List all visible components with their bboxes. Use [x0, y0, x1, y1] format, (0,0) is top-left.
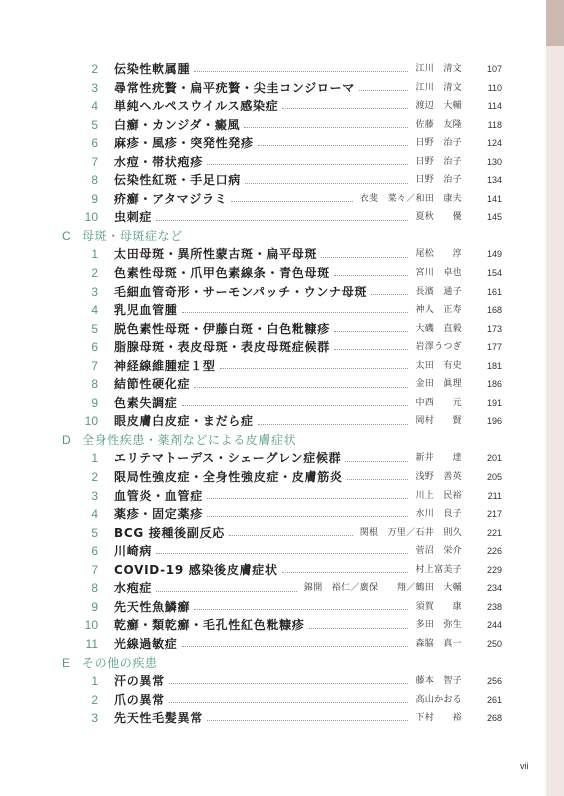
entry-title[interactable]: 乾癬・類乾癬・毛孔性紅色粃糠疹	[114, 616, 305, 635]
dot-leader	[321, 256, 408, 258]
entry-title-wrap: 神経線維腫症１型	[114, 357, 411, 376]
dot-leader	[194, 70, 408, 72]
dot-leader	[334, 274, 409, 276]
entry-title-wrap: BCG 接種後副反応	[114, 524, 356, 543]
entry-title-wrap: 色素失調症	[114, 394, 411, 413]
entry-title-wrap: 爪の異常	[114, 691, 411, 710]
dot-leader	[182, 311, 409, 313]
toc-entry[interactable]: 10虫刺症夏秋 優145	[0, 208, 546, 227]
entry-number: 10	[78, 616, 98, 635]
entry-author: 日野 治子	[413, 171, 462, 190]
toc-entry[interactable]: 5脱色素性母斑・伊藤白斑・白色粃糠疹大磯 直毅173	[0, 320, 546, 339]
page-number: vii	[520, 761, 529, 771]
entry-number: 4	[78, 301, 98, 320]
dot-leader	[169, 682, 409, 684]
entry-author: 関根 万里／石井 則久	[358, 524, 462, 543]
dot-leader	[156, 219, 408, 221]
section-letter: D	[62, 431, 71, 450]
entry-number: 7	[78, 561, 98, 580]
toc-entry[interactable]: 10乾癬・類乾癬・毛孔性紅色粃糠疹多田 弥生244	[0, 616, 546, 635]
entry-title[interactable]: 神経線維腫症１型	[114, 357, 216, 376]
entry-number: 1	[78, 245, 98, 264]
dot-leader	[345, 460, 408, 462]
toc-entry[interactable]: 6麻疹・風疹・突発性発疹日野 治子124	[0, 134, 546, 153]
toc-entry[interactable]: 9色素失調症中西 元191	[0, 394, 546, 413]
entry-page-number[interactable]: 234	[478, 579, 502, 598]
dot-leader	[282, 107, 408, 109]
entry-number: 8	[78, 375, 98, 394]
entry-page-number[interactable]: 161	[478, 283, 502, 302]
entry-author: 日野 治子	[413, 153, 462, 172]
dot-leader	[194, 386, 408, 388]
entry-title-wrap: 汗の異常	[114, 672, 411, 691]
entry-number: 3	[78, 487, 98, 506]
entry-title[interactable]: 脂腺母斑・表皮母斑・表皮母斑症候群	[114, 338, 330, 357]
toc-entry[interactable]: 4薬疹・固定薬疹水川 良子217	[0, 505, 546, 524]
entry-title-wrap: 乳児血管腫	[114, 301, 411, 320]
entry-author: 浅野 善英	[413, 468, 462, 487]
entry-page-number[interactable]: 256	[478, 672, 502, 691]
toc-entry[interactable]: 8水疱症錦開 裕仁／廣保 翔／鶴田 大輔234	[0, 579, 546, 598]
entry-page-number[interactable]: 168	[478, 301, 502, 320]
entry-title[interactable]: 水疱症	[114, 579, 152, 598]
dot-leader	[182, 645, 409, 647]
section-heading: D全身性疾患・薬剤などによる皮膚症状	[0, 431, 546, 450]
entry-title[interactable]: 血管炎・血管症	[114, 487, 203, 506]
entry-number: 11	[78, 635, 98, 654]
entry-number: 2	[78, 264, 98, 283]
entry-title[interactable]: 結節性硬化症	[114, 375, 190, 394]
entry-title[interactable]: 麻疹・風疹・突発性発疹	[114, 134, 254, 153]
dot-leader	[282, 571, 409, 573]
entry-title-wrap: 毛細血管奇形・サーモンパッチ・ウンナ母斑	[114, 283, 411, 302]
entry-page-number[interactable]: 268	[478, 709, 502, 728]
entry-author: 高山かおる	[413, 691, 462, 710]
entry-number: 9	[78, 190, 98, 209]
entry-title-wrap: エリテマトーデス・シェーグレン症候群	[114, 449, 411, 468]
entry-author: 村上富美子	[413, 561, 462, 580]
entry-page-number[interactable]: 186	[478, 375, 502, 394]
table-of-contents: 2伝染性軟属腫江川 清文1073尋常性疣贅・扁平疣贅・尖圭コンジローマ江川 清文…	[0, 60, 546, 728]
entry-title-wrap: COVID-19 感染後皮膚症状	[114, 561, 411, 580]
entry-number: 2	[78, 468, 98, 487]
entry-title[interactable]: 川崎病	[114, 542, 152, 561]
entry-title[interactable]: 爪の異常	[114, 691, 165, 710]
entry-title-wrap: 尋常性疣贅・扁平疣贅・尖圭コンジローマ	[114, 79, 411, 98]
chapter-index-tab	[546, 0, 564, 46]
entry-title[interactable]: 先天性毛髪異常	[114, 709, 203, 728]
entry-author: 新井 達	[413, 449, 462, 468]
entry-page-number[interactable]: 177	[478, 338, 502, 357]
entry-title-wrap: 結節性硬化症	[114, 375, 411, 394]
entry-title[interactable]: 伝染性紅斑・手足口病	[114, 171, 241, 190]
entry-author: 川上 民裕	[413, 487, 462, 506]
entry-number: 6	[78, 134, 98, 153]
entry-title[interactable]: 限局性強皮症・全身性強皮症・皮膚筋炎	[114, 468, 343, 487]
entry-number: 6	[78, 338, 98, 357]
toc-entry[interactable]: 3血管炎・血管症川上 民裕211	[0, 487, 546, 506]
entry-number: 3	[78, 283, 98, 302]
entry-title-wrap: 脂腺母斑・表皮母斑・表皮母斑症候群	[114, 338, 411, 357]
entry-page-number[interactable]: 221	[478, 524, 502, 543]
entry-page-number[interactable]: 107	[478, 60, 502, 79]
dot-leader	[309, 627, 409, 629]
entry-author: 水川 良子	[413, 505, 462, 524]
entry-author: 岡村 賢	[413, 412, 462, 431]
section-heading: Eその他の疾患	[0, 654, 546, 673]
entry-number: 1	[78, 449, 98, 468]
entry-title-wrap: 虫刺症	[114, 208, 411, 227]
toc-entry[interactable]: 3先天性毛髪異常下村 裕268	[0, 709, 546, 728]
entry-title[interactable]: 脱色素性母斑・伊藤白斑・白色粃糠疹	[114, 320, 330, 339]
entry-page-number[interactable]: 145	[478, 208, 502, 227]
entry-author: 藤本 智子	[413, 672, 462, 691]
entry-title-wrap: 太田母斑・異所性蒙古斑・扁平母斑	[114, 245, 411, 264]
entry-title[interactable]: BCG 接種後副反応	[114, 524, 225, 543]
dot-leader	[207, 515, 409, 517]
entry-title-wrap: 伝染性軟属腫	[114, 60, 411, 79]
entry-author: 菅沼 栄介	[413, 542, 462, 561]
entry-title[interactable]: 先天性魚鱗癬	[114, 598, 190, 617]
dot-leader	[245, 182, 408, 184]
entry-title[interactable]: 水痘・帯状疱疹	[114, 153, 203, 172]
entry-author: 下村 裕	[413, 709, 462, 728]
dot-leader	[182, 404, 409, 406]
entry-author: 衣斐 菜々／和田 康夫	[358, 190, 462, 209]
entry-author: 日野 治子	[413, 134, 462, 153]
entry-page-number[interactable]: 191	[478, 394, 502, 413]
entry-number: 8	[78, 579, 98, 598]
entry-number: 9	[78, 394, 98, 413]
dot-leader	[207, 719, 409, 721]
toc-entry[interactable]: 7COVID-19 感染後皮膚症状村上富美子229	[0, 561, 546, 580]
entry-author: 江川 清文	[413, 79, 462, 98]
entry-page-number[interactable]: 181	[478, 357, 502, 376]
entry-title[interactable]: エリテマトーデス・シェーグレン症候群	[114, 449, 341, 468]
dot-leader	[229, 534, 353, 536]
entry-author: 宮川 卓也	[413, 264, 462, 283]
entry-page-number[interactable]: 118	[478, 116, 502, 135]
section-letter: C	[62, 227, 71, 246]
entry-title-wrap: 伝染性紅斑・手足口病	[114, 171, 411, 190]
dot-leader	[258, 423, 409, 425]
entry-title[interactable]: 伝染性軟属腫	[114, 60, 190, 79]
entry-page-number[interactable]: 154	[478, 264, 502, 283]
entry-number: 7	[78, 153, 98, 172]
entry-number: 4	[78, 505, 98, 524]
entry-page-number[interactable]: 217	[478, 505, 502, 524]
section-letter: E	[62, 654, 70, 673]
section-title: 全身性疾患・薬剤などによる皮膚症状	[82, 431, 296, 450]
entry-title[interactable]: 白癬・カンジダ・癜風	[114, 116, 240, 135]
entry-number: 3	[78, 79, 98, 98]
entry-author: 金田 眞理	[413, 375, 462, 394]
dot-leader	[207, 497, 409, 499]
entry-page-number[interactable]: 226	[478, 542, 502, 561]
toc-entry[interactable]: 8結節性硬化症金田 眞理186	[0, 375, 546, 394]
dot-leader	[194, 608, 408, 610]
section-title: その他の疾患	[82, 654, 158, 673]
entry-author: 大磯 直毅	[413, 320, 462, 339]
toc-entry[interactable]: 11光線過敏症森脇 真一250	[0, 635, 546, 654]
toc-entry[interactable]: 6川崎病菅沼 栄介226	[0, 542, 546, 561]
toc-entry[interactable]: 3尋常性疣贅・扁平疣贅・尖圭コンジローマ江川 清文110	[0, 79, 546, 98]
toc-entry[interactable]: 1汗の異常藤本 智子256	[0, 672, 546, 691]
entry-number: 5	[78, 320, 98, 339]
entry-title[interactable]: COVID-19 感染後皮膚症状	[114, 561, 278, 580]
entry-page-number[interactable]: 149	[478, 245, 502, 264]
dot-leader	[220, 367, 409, 369]
dot-leader	[334, 348, 409, 350]
entry-title[interactable]: 虫刺症	[114, 208, 152, 227]
dot-leader	[156, 590, 297, 592]
entry-number: 9	[78, 598, 98, 617]
entry-page-number[interactable]: 130	[478, 153, 502, 172]
toc-entry[interactable]: 2色素性母斑・爪甲色素線条・青色母斑宮川 卓也154	[0, 264, 546, 283]
toc-entry[interactable]: 3毛細血管奇形・サーモンパッチ・ウンナ母斑長濱 通子161	[0, 283, 546, 302]
entry-author: 佐藤 友隆	[413, 116, 462, 135]
entry-title-wrap: 先天性魚鱗癬	[114, 598, 411, 617]
entry-page-number[interactable]: 173	[478, 320, 502, 339]
entry-number: 5	[78, 524, 98, 543]
toc-entry[interactable]: 10眼皮膚白皮症・まだら症岡村 賢196	[0, 412, 546, 431]
entry-title-wrap: 脱色素性母斑・伊藤白斑・白色粃糠疹	[114, 320, 411, 339]
entry-author: 尾松 淳	[413, 245, 462, 264]
entry-number: 3	[78, 709, 98, 728]
entry-title-wrap: 単純ヘルペスウイルス感染症	[114, 97, 411, 116]
section-heading: C母斑・母斑症など	[0, 227, 546, 246]
entry-title-wrap: 先天性毛髪異常	[114, 709, 411, 728]
entry-page-number[interactable]: 134	[478, 171, 502, 190]
entry-author: 長濱 通子	[413, 283, 462, 302]
dot-leader	[244, 126, 408, 128]
entry-number: 1	[78, 672, 98, 691]
entry-author: 渡辺 大輔	[413, 97, 462, 116]
dot-leader	[156, 552, 408, 554]
entry-title[interactable]: 色素失調症	[114, 394, 178, 413]
toc-entry[interactable]: 8伝染性紅斑・手足口病日野 治子134	[0, 171, 546, 190]
entry-title-wrap: 眼皮膚白皮症・まだら症	[114, 412, 411, 431]
entry-author: 中西 元	[413, 394, 462, 413]
entry-number: 4	[78, 97, 98, 116]
entry-number: 8	[78, 171, 98, 190]
entry-title[interactable]: 眼皮膚白皮症・まだら症	[114, 412, 254, 431]
dot-leader	[371, 293, 408, 295]
entry-title-wrap: 色素性母斑・爪甲色素線条・青色母斑	[114, 264, 411, 283]
entry-title[interactable]: 乳児血管腫	[114, 301, 178, 320]
toc-entry[interactable]: 6脂腺母斑・表皮母斑・表皮母斑症候群岩澤うつぎ177	[0, 338, 546, 357]
dot-leader	[334, 330, 409, 332]
toc-entry[interactable]: 9先天性魚鱗癬須賀 康238	[0, 598, 546, 617]
entry-number: 10	[78, 412, 98, 431]
toc-entry[interactable]: 7神経線維腫症１型太田 有史181	[0, 357, 546, 376]
toc-entry[interactable]: 2爪の異常高山かおる261	[0, 691, 546, 710]
entry-author: 多田 弥生	[413, 616, 462, 635]
entry-title-wrap: 薬疹・固定薬疹	[114, 505, 411, 524]
entry-author: 江川 清文	[413, 60, 462, 79]
entry-author: 夏秋 優	[413, 208, 462, 227]
entry-title-wrap: 麻疹・風疹・突発性発疹	[114, 134, 411, 153]
toc-entry[interactable]: 4単純ヘルペスウイルス感染症渡辺 大輔114	[0, 97, 546, 116]
entry-number: 2	[78, 691, 98, 710]
entry-title[interactable]: 単純ヘルペスウイルス感染症	[114, 97, 278, 116]
entry-title[interactable]: 太田母斑・異所性蒙古斑・扁平母斑	[114, 245, 317, 264]
entry-number: 2	[78, 60, 98, 79]
entry-title-wrap: 水痘・帯状疱疹	[114, 153, 411, 172]
dot-leader	[169, 701, 409, 703]
toc-entry[interactable]: 5BCG 接種後副反応関根 万里／石井 則久221	[0, 524, 546, 543]
entry-title-wrap: 白癬・カンジダ・癜風	[114, 116, 411, 135]
toc-entry[interactable]: 5白癬・カンジダ・癜風佐藤 友隆118	[0, 116, 546, 135]
entry-number: 6	[78, 542, 98, 561]
entry-title-wrap: 川崎病	[114, 542, 411, 561]
toc-entry[interactable]: 1エリテマトーデス・シェーグレン症候群新井 達201	[0, 449, 546, 468]
entry-title-wrap: 水疱症	[114, 579, 300, 598]
dot-leader	[231, 200, 352, 202]
entry-title[interactable]: 毛細血管奇形・サーモンパッチ・ウンナ母斑	[114, 283, 367, 302]
toc-entry[interactable]: 4乳児血管腫神人 正寿168	[0, 301, 546, 320]
entry-page-number[interactable]: 250	[478, 635, 502, 654]
section-title: 母斑・母斑症など	[82, 227, 183, 246]
entry-title-wrap: 乾癬・類乾癬・毛孔性紅色粃糠疹	[114, 616, 411, 635]
entry-title-wrap: 光線過敏症	[114, 635, 411, 654]
entry-page-number[interactable]: 196	[478, 412, 502, 431]
dot-leader	[347, 478, 409, 480]
entry-page-number[interactable]: 238	[478, 598, 502, 617]
entry-title[interactable]: 疥癬・アタマジラミ	[114, 190, 227, 209]
entry-author: 錦開 裕仁／廣保 翔／鶴田 大輔	[302, 579, 462, 598]
entry-page-number[interactable]: 114	[478, 97, 502, 116]
toc-entry[interactable]: 2伝染性軟属腫江川 清文107	[0, 60, 546, 79]
entry-page-number[interactable]: 141	[478, 190, 502, 209]
page-edge-strip	[546, 0, 564, 796]
entry-title[interactable]: 色素性母斑・爪甲色素線条・青色母斑	[114, 264, 330, 283]
entry-page-number[interactable]: 244	[478, 616, 502, 635]
entry-page-number[interactable]: 211	[478, 487, 502, 506]
entry-number: 7	[78, 357, 98, 376]
entry-author: 須賀 康	[413, 598, 462, 617]
entry-title[interactable]: 光線過敏症	[114, 635, 178, 654]
entry-page-number[interactable]: 205	[478, 468, 502, 487]
toc-entry[interactable]: 9疥癬・アタマジラミ衣斐 菜々／和田 康夫141	[0, 190, 546, 209]
entry-page-number[interactable]: 201	[478, 449, 502, 468]
toc-entry[interactable]: 1太田母斑・異所性蒙古斑・扁平母斑尾松 淳149	[0, 245, 546, 264]
entry-author: 太田 有史	[413, 357, 462, 376]
entry-title-wrap: 血管炎・血管症	[114, 487, 411, 506]
entry-page-number[interactable]: 229	[478, 561, 502, 580]
entry-page-number[interactable]: 124	[478, 134, 502, 153]
dot-leader	[258, 144, 409, 146]
entry-page-number[interactable]: 261	[478, 691, 502, 710]
entry-page-number[interactable]: 110	[478, 79, 502, 98]
entry-author: 岩澤うつぎ	[413, 338, 462, 357]
entry-title[interactable]: 汗の異常	[114, 672, 165, 691]
entry-author: 森脇 真一	[413, 635, 462, 654]
entry-number: 5	[78, 116, 98, 135]
entry-author: 神人 正寿	[413, 301, 462, 320]
entry-number: 10	[78, 208, 98, 227]
toc-entry[interactable]: 2限局性強皮症・全身性強皮症・皮膚筋炎浅野 善英205	[0, 468, 546, 487]
entry-title[interactable]: 尋常性疣贅・扁平疣贅・尖圭コンジローマ	[114, 79, 355, 98]
dot-leader	[359, 89, 408, 91]
entry-title-wrap: 疥癬・アタマジラミ	[114, 190, 356, 209]
dot-leader	[207, 163, 409, 165]
toc-entry[interactable]: 7水痘・帯状疱疹日野 治子130	[0, 153, 546, 172]
entry-title[interactable]: 薬疹・固定薬疹	[114, 505, 203, 524]
entry-title-wrap: 限局性強皮症・全身性強皮症・皮膚筋炎	[114, 468, 411, 487]
